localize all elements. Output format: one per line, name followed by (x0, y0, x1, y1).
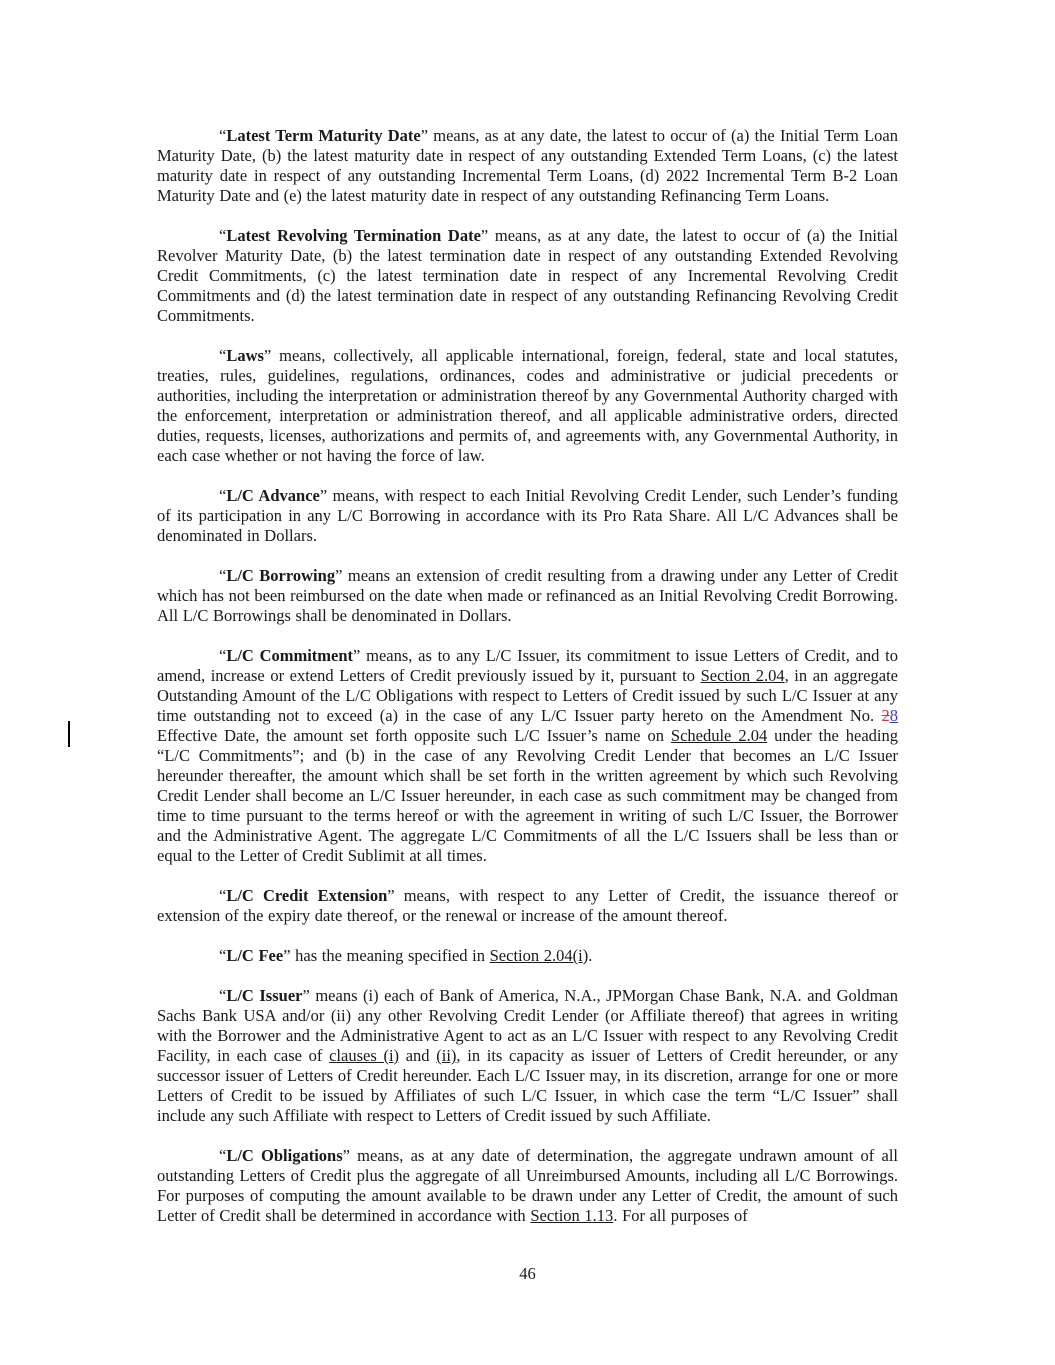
body-text-run: under the heading “L/C Commitments”; and… (157, 726, 898, 865)
definition-paragraph-laws: “Laws” means, collectively, all applicab… (157, 346, 898, 466)
definition-paragraph-lc-credit-extension: “L/C Credit Extension” means, with respe… (157, 886, 898, 926)
body-text-run: ” has the meaning specified in (283, 946, 489, 965)
section-reference: (ii) (436, 1046, 456, 1065)
section-reference: Schedule 2.04 (671, 726, 767, 745)
defined-term: L/C Credit Extension (226, 886, 387, 905)
definition-paragraph-lc-issuer: “L/C Issuer” means (i) each of Bank of A… (157, 986, 898, 1126)
section-reference: Section 1.13 (530, 1206, 613, 1225)
document-body: “Latest Term Maturity Date” means, as at… (157, 126, 898, 1246)
body-text-run: ” means, collectively, all applicable in… (157, 346, 898, 465)
defined-term: L/C Commitment (226, 646, 353, 665)
definition-paragraph-lc-advance: “L/C Advance” means, with respect to eac… (157, 486, 898, 546)
definition-paragraph-lc-obligations: “L/C Obligations” means, as at any date … (157, 1146, 898, 1226)
inserted-text: 8 (890, 706, 898, 725)
deleted-text: 2 (882, 706, 890, 725)
definition-paragraph-lc-fee: “L/C Fee” has the meaning specified in S… (157, 946, 898, 966)
definition-paragraph-lc-commitment: “L/C Commitment” means, as to any L/C Is… (157, 646, 898, 866)
definition-paragraph-lc-borrowing: “L/C Borrowing” means an extension of cr… (157, 566, 898, 626)
defined-term: Laws (226, 346, 264, 365)
body-text-run: Effective Date, the amount set forth opp… (157, 726, 671, 745)
defined-term: L/C Advance (226, 486, 320, 505)
body-text-run: ). (583, 946, 593, 965)
body-text-run: . For all purposes of (613, 1206, 747, 1225)
section-reference: Section 2.04(i (490, 946, 583, 965)
section-reference: clauses (i) (329, 1046, 399, 1065)
body-text-run: and (399, 1046, 436, 1065)
page-number: 46 (0, 1264, 1055, 1284)
definition-paragraph-latest-revolving-termination-date: “Latest Revolving Termination Date” mean… (157, 226, 898, 326)
section-reference: Section 2.04 (701, 666, 785, 685)
defined-term: Latest Term Maturity Date (226, 126, 420, 145)
defined-term: L/C Fee (226, 946, 283, 965)
definition-paragraph-latest-term-maturity-date: “Latest Term Maturity Date” means, as at… (157, 126, 898, 206)
defined-term: L/C Obligations (226, 1146, 342, 1165)
defined-term: L/C Borrowing (226, 566, 335, 585)
defined-term: Latest Revolving Termination Date (226, 226, 481, 245)
defined-term: L/C Issuer (226, 986, 302, 1005)
document-page: “Latest Term Maturity Date” means, as at… (0, 0, 1055, 1365)
margin-change-bar (68, 721, 70, 747)
